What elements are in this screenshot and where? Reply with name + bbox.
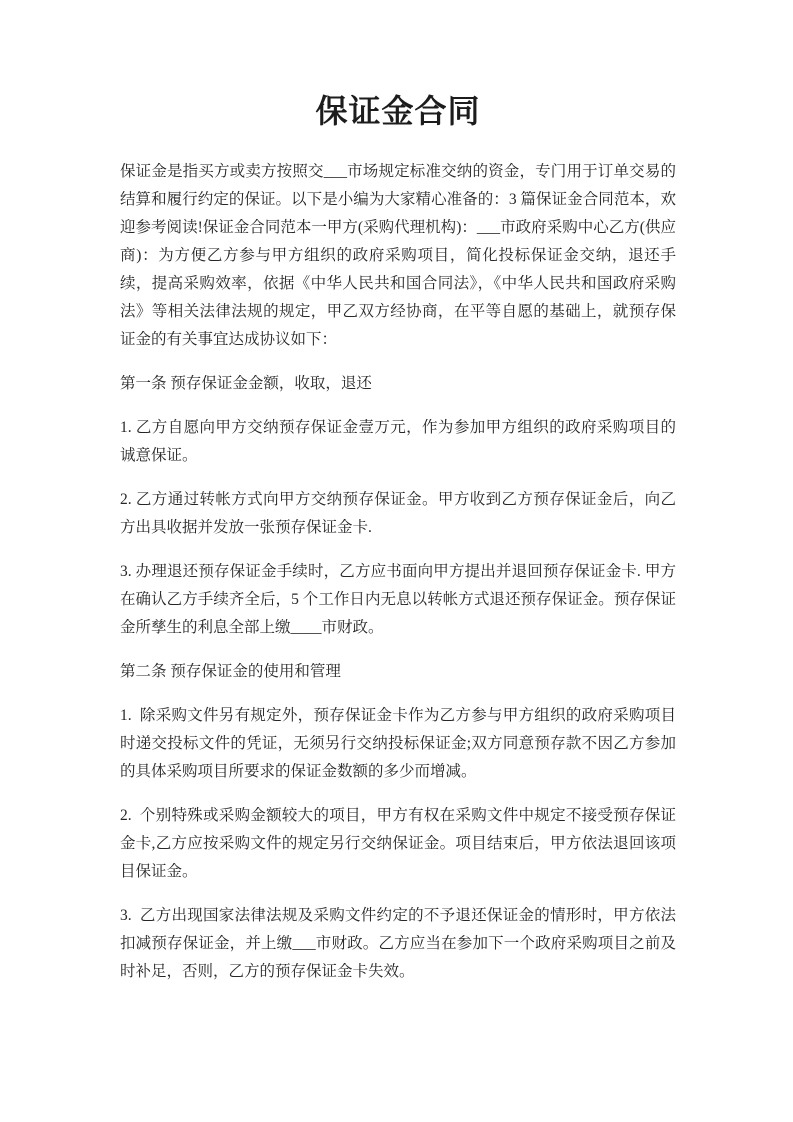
article-2-item-2: 2. 个别特殊或采购金额较大的项目，甲方有权在采购文件中规定不接受预存保证金卡,…: [120, 802, 676, 886]
article-2-item-3: 3. 乙方出现国家法律法规及采购文件约定的不予退还保证金的情形时，甲方依法扣减预…: [120, 902, 676, 986]
article-1-item-1: 1. 乙方自愿向甲方交纳预存保证金壹万元，作为参加甲方组织的政府采购项目的诚意保…: [120, 414, 676, 470]
article-1-item-2: 2. 乙方通过转帐方式向甲方交纳预存保证金。甲方收到乙方预存保证金后，向乙方出具…: [120, 486, 676, 542]
intro-paragraph: 保证金是指买方或卖方按照交___市场规定标准交纳的资金，专门用于订单交易的结算和…: [120, 158, 676, 354]
article-1-heading: 第一条 预存保证金金额，收取，退还: [120, 370, 676, 398]
document-page: 保证金合同 保证金是指买方或卖方按照交___市场规定标准交纳的资金，专门用于订单…: [0, 0, 793, 1122]
article-2-item-1: 1. 除采购文件另有规定外，预存保证金卡作为乙方参与甲方组织的政府采购项目时递交…: [120, 702, 676, 786]
article-2-heading: 第二条 预存保证金的使用和管理: [120, 658, 676, 686]
article-1-item-3: 3. 办理退还预存保证金手续时，乙方应书面向甲方提出并退回预存保证金卡. 甲方在…: [120, 558, 676, 642]
page-title: 保证金合同: [120, 86, 676, 132]
document-content: 保证金合同 保证金是指买方或卖方按照交___市场规定标准交纳的资金，专门用于订单…: [120, 86, 676, 1002]
